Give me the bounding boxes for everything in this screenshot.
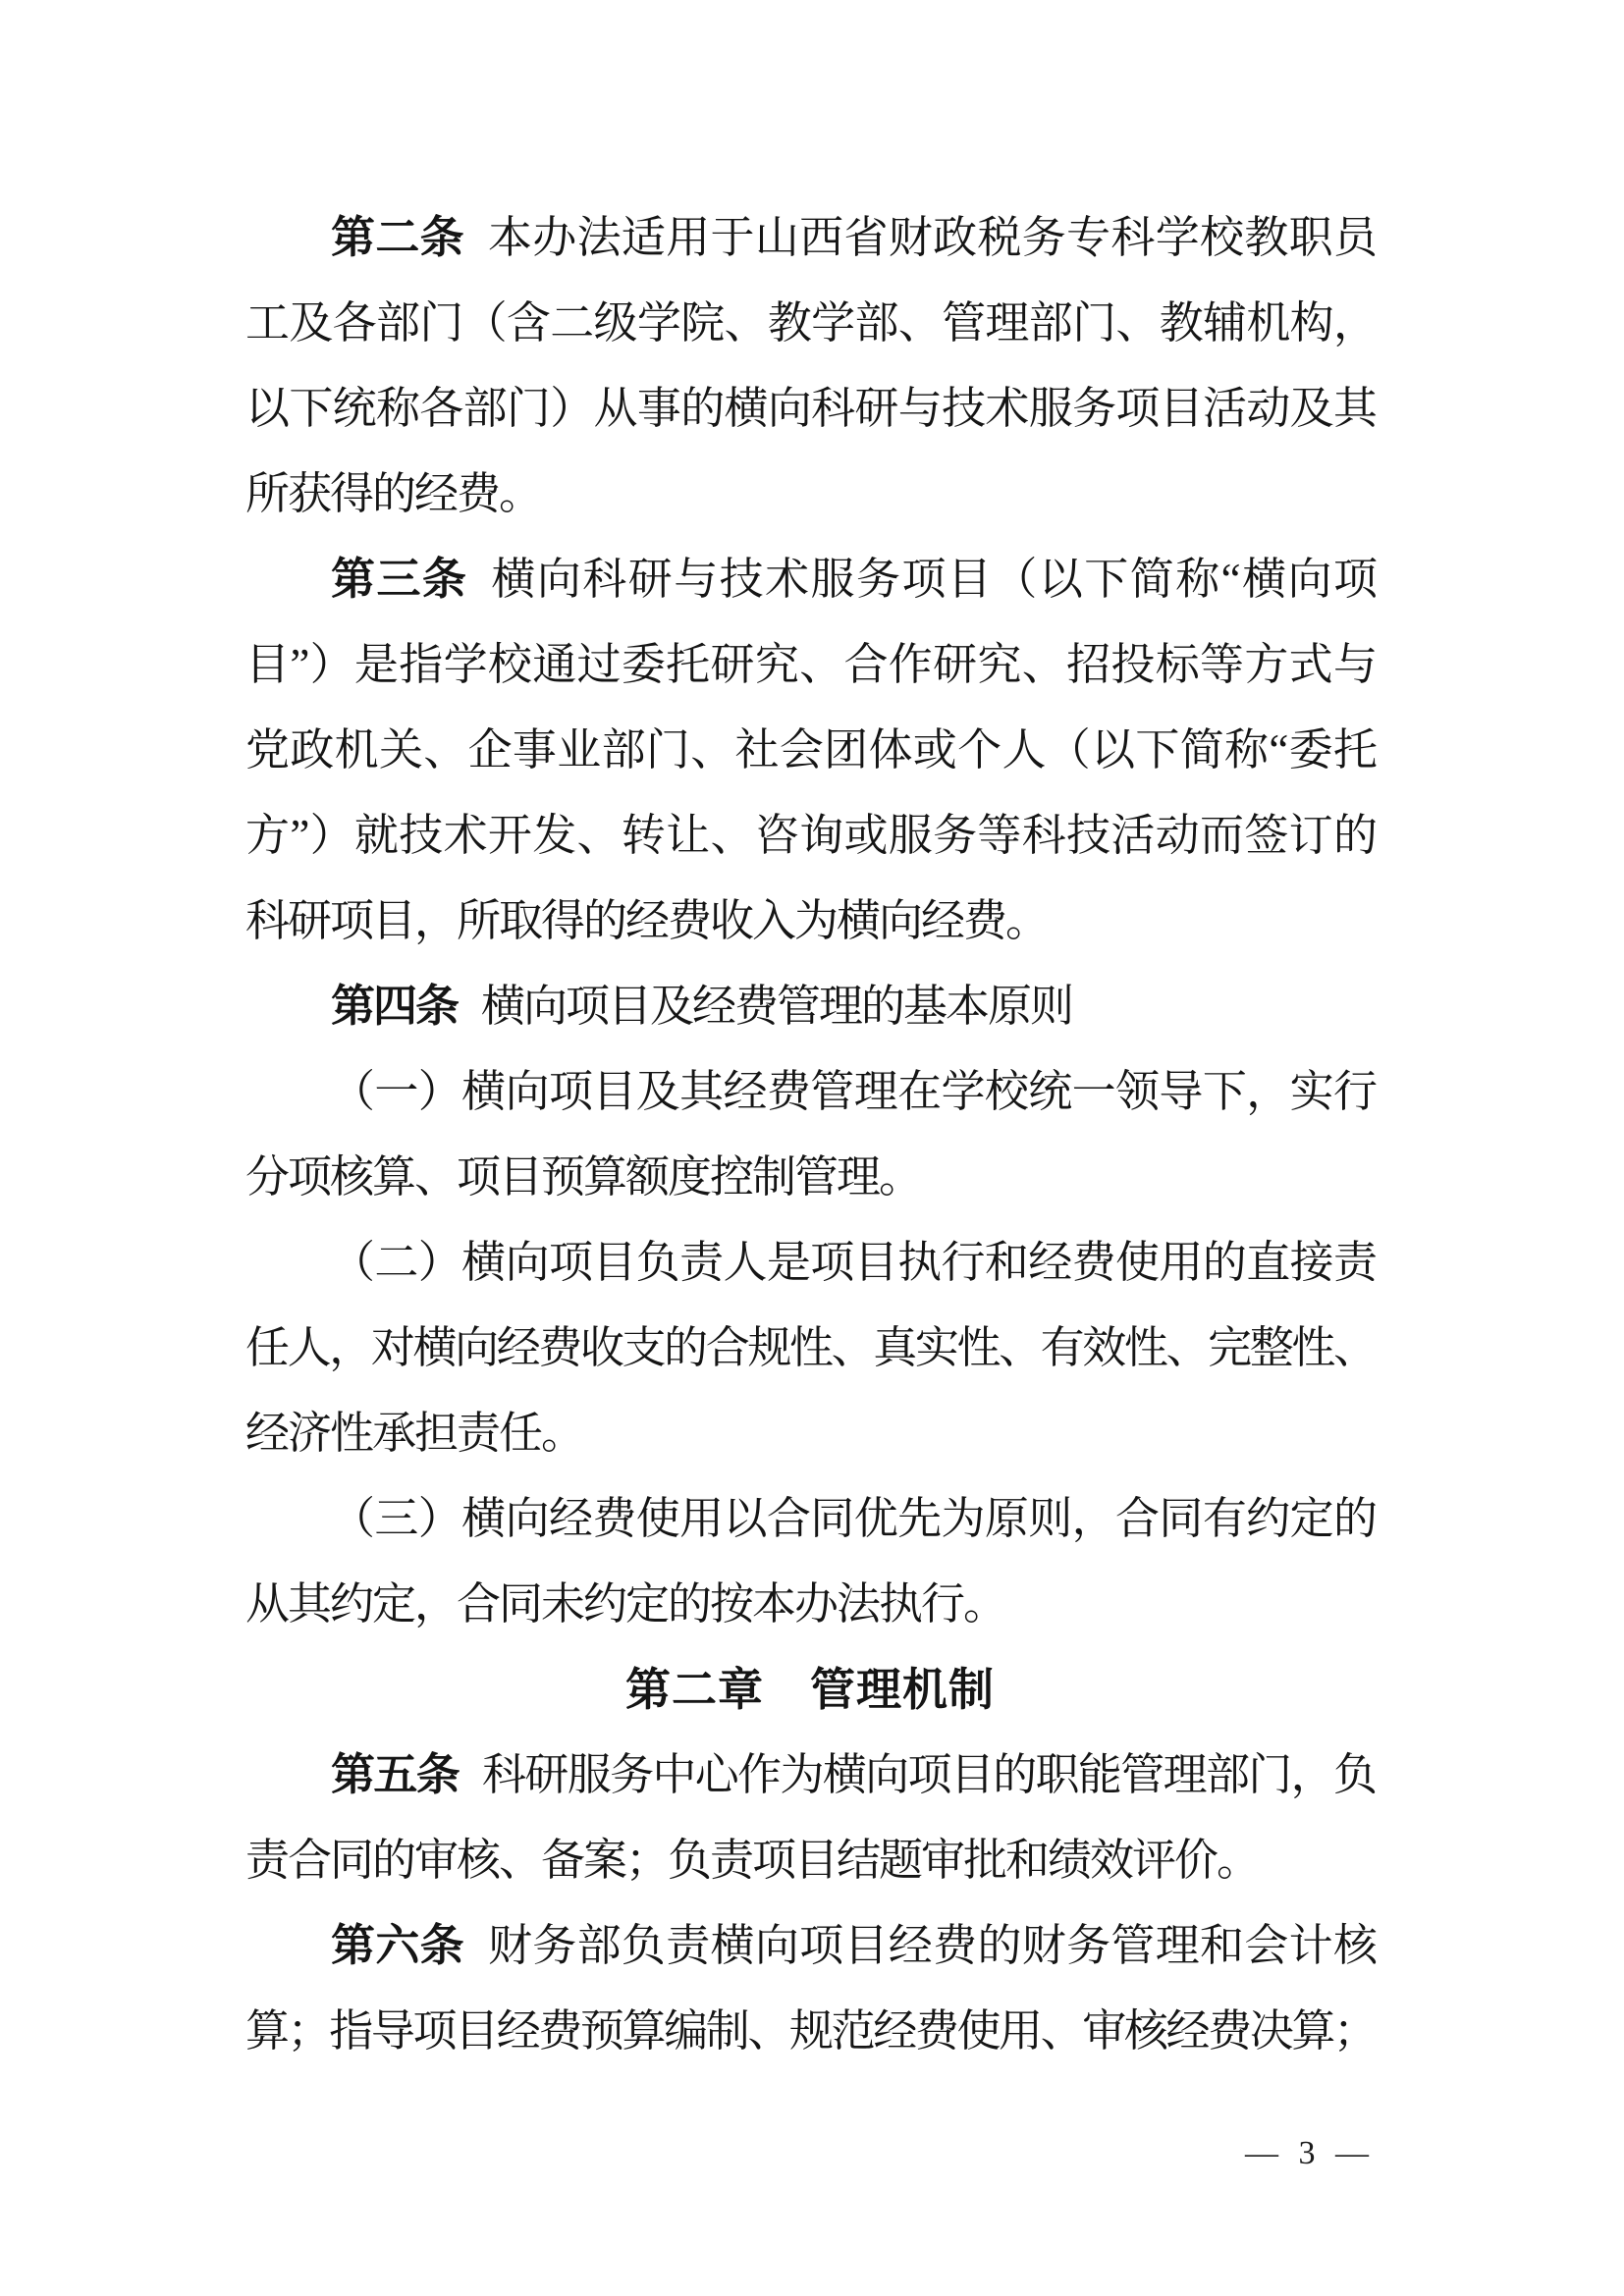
article-number: 第二条 [331, 213, 464, 262]
text-line: 第三条横向科研与技术服务项目（以下简称“横向项 [245, 537, 1375, 622]
text-line: 工及各部门（含二级学院、教学部、管理部门、教辅机构， [245, 281, 1375, 366]
text-line: 第四条横向项目及经费管理的基本原则 [245, 964, 1375, 1049]
line-text: 横向科研与技术服务项目（以下简称“横向项 [491, 555, 1375, 604]
text-line: 所获得的经费。 [245, 452, 1375, 537]
text-line: 科研项目，所取得的经费收入为横向经费。 [245, 879, 1375, 964]
text-line: 责合同的审核、备案；负责项目结题审批和绩效评价。 [245, 1818, 1375, 1903]
text-line: 经济性承担责任。 [245, 1391, 1375, 1476]
article-number: 第四条 [331, 982, 458, 1031]
text-line: （二）横向项目负责人是项目执行和经费使用的直接责 [245, 1220, 1375, 1306]
text-line: 第五条科研服务中心作为横向项目的职能管理部门，负 [245, 1733, 1375, 1818]
text-line: （三）横向经费使用以合同优先为原则，合同有约定的 [245, 1476, 1375, 1562]
document-body: 第二条本办法适用于山西省财政税务专科学校教职员 工及各部门（含二级学院、教学部、… [245, 195, 1375, 2074]
text-line: 分项核算、项目预算额度控制管理。 [245, 1135, 1375, 1220]
line-text: 本办法适用于山西省财政税务专科学校教职员 [488, 213, 1375, 262]
text-line: 目”）是指学校通过委托研究、合作研究、招投标等方式与 [245, 622, 1375, 708]
text-line: 方”）就技术开发、转让、咨询或服务等科技活动而签订的 [245, 793, 1375, 879]
page-number: — 3 — [245, 2110, 1375, 2196]
text-line: 第六条财务部负责横向项目经费的财务管理和会计核 [245, 1903, 1375, 1989]
text-line: 算；指导项目经费预算编制、规范经费使用、审核经费决算； [245, 1989, 1375, 2074]
article-number: 第三条 [331, 555, 467, 604]
article-number: 第六条 [331, 1921, 464, 1970]
text-line: 党政机关、企事业部门、社会团体或个人（以下简称“委托 [245, 708, 1375, 793]
article-number: 第五条 [331, 1750, 459, 1799]
text-line: 从其约定，合同未约定的按本办法执行。 [245, 1562, 1375, 1647]
text-line: 第二条本办法适用于山西省财政税务专科学校教职员 [245, 195, 1375, 281]
line-text: 横向项目及经费管理的基本原则 [481, 982, 1072, 1031]
chapter-heading: 第二章 管理机制 [245, 1647, 1375, 1733]
text-line: （一）横向项目及其经费管理在学校统一领导下，实行 [245, 1049, 1375, 1135]
text-line: 以下统称各部门）从事的横向科研与技术服务项目活动及其 [245, 366, 1375, 452]
line-text: 科研服务中心作为横向项目的职能管理部门，负 [482, 1750, 1375, 1799]
text-line: 任人，对横向经费收支的合规性、真实性、有效性、完整性、 [245, 1306, 1375, 1391]
document-page: 第二条本办法适用于山西省财政税务专科学校教职员 工及各部门（含二级学院、教学部、… [0, 0, 1624, 2296]
line-text: 财务部负责横向项目经费的财务管理和会计核 [488, 1921, 1375, 1970]
